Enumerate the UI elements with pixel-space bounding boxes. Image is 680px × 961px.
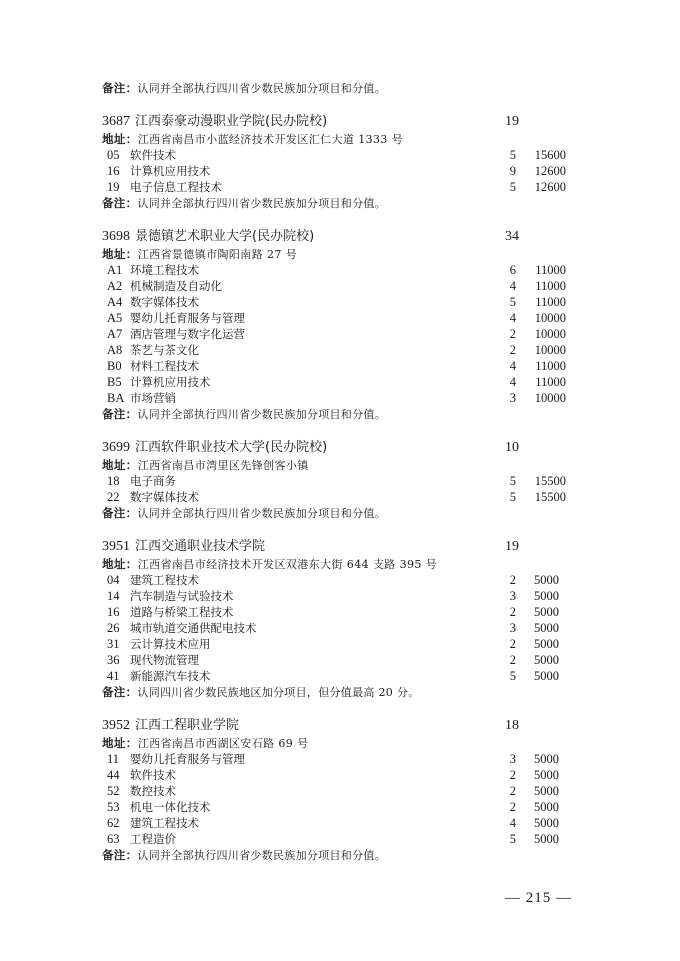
major-fee: 5000 — [522, 620, 559, 636]
major-seats: 5 — [506, 294, 516, 310]
major-fee: 11000 — [522, 262, 566, 278]
school-name: 江西软件职业技术大学(民办院校) — [135, 440, 327, 455]
major-fee: 11000 — [522, 278, 566, 294]
major-seats: 5 — [506, 668, 516, 684]
major-seats: 5 — [506, 179, 516, 195]
major-code: B0 — [107, 358, 122, 374]
major-name: 云计算技术应用 — [130, 636, 211, 652]
school-code: 3951 — [102, 539, 130, 554]
major-name: 建筑工程技术 — [130, 572, 199, 588]
address-label: 地址： — [102, 557, 138, 571]
major-fee: 5000 — [522, 636, 559, 652]
major-seats: 5 — [506, 831, 516, 847]
note-text: 认同并全部执行四川省少数民族加分项目和分值。 — [137, 507, 386, 520]
note-text: 认同并全部执行四川省少数民族加分项目和分值。 — [137, 408, 386, 421]
school-address: 地址：江西省南昌市小蓝经济技术开发区汇仁大道 1333 号 — [102, 131, 572, 147]
major-seats: 5 — [506, 473, 516, 489]
major-fee: 5000 — [522, 831, 559, 847]
major-row: 19电子信息工程技术512600 — [102, 179, 572, 195]
school-note: 备注：认同四川省少数民族地区加分项目，但分值最高 20 分。 — [102, 684, 572, 700]
school-note: 备注：认同并全部执行四川省少数民族加分项目和分值。 — [102, 195, 572, 211]
major-row: 11婴幼儿托育服务与管理35000 — [102, 751, 572, 767]
major-row: 05软件技术515600 — [102, 147, 572, 163]
major-seats: 4 — [506, 278, 516, 294]
major-seats: 5 — [506, 147, 516, 163]
major-name: 软件技术 — [130, 147, 176, 163]
school-address: 地址：江西省南昌市西湖区安石路 69 号 — [102, 735, 572, 751]
school-code: 3699 — [102, 440, 130, 455]
major-row: B0材料工程技术411000 — [102, 358, 572, 374]
major-seats: 6 — [506, 262, 516, 278]
major-fee: 5000 — [522, 783, 559, 799]
major-code: 63 — [107, 831, 120, 847]
major-fee: 15600 — [522, 147, 566, 163]
note-text: 认同并全部执行四川省少数民族加分项目和分值。 — [137, 849, 386, 862]
major-row: 63工程造价55000 — [102, 831, 572, 847]
note-text: 认同并全部执行四川省少数民族加分项目和分值。 — [137, 82, 386, 95]
major-seats: 4 — [506, 310, 516, 326]
major-fee: 5000 — [522, 799, 559, 815]
school-code: 3698 — [102, 229, 130, 244]
major-fee: 5000 — [522, 815, 559, 831]
major-code: A2 — [107, 278, 122, 294]
note-label: 备注： — [102, 81, 137, 95]
major-name: 计算机应用技术 — [130, 163, 211, 179]
school-name: 江西泰豪动漫职业学院(民办院校) — [135, 114, 327, 129]
major-name: 市场营销 — [130, 390, 176, 406]
major-fee: 5000 — [522, 751, 559, 767]
major-name: 道路与桥梁工程技术 — [130, 604, 234, 620]
major-seats: 4 — [506, 358, 516, 374]
major-seats: 2 — [506, 326, 516, 342]
address-text: 江西省南昌市经济技术开发区双港东大街 644 支路 395 号 — [138, 558, 437, 571]
major-row: A2机械制造及自动化411000 — [102, 278, 572, 294]
major-name: 机电一体化技术 — [130, 799, 211, 815]
school-total-seats: 10 — [505, 438, 519, 457]
major-fee: 10000 — [522, 390, 566, 406]
major-name: 电子信息工程技术 — [130, 179, 222, 195]
major-code: 62 — [107, 815, 120, 831]
major-name: 数字媒体技术 — [130, 489, 199, 505]
major-code: 44 — [107, 767, 120, 783]
school-entry: 3699江西软件职业技术大学(民办院校) 10 地址：江西省南昌市湾里区先锋创客… — [102, 438, 572, 521]
major-row: 16道路与桥梁工程技术25000 — [102, 604, 572, 620]
major-row: A7酒店管理与数字化运营210000 — [102, 326, 572, 342]
major-code: 36 — [107, 652, 120, 668]
major-name: 婴幼儿托育服务与管理 — [130, 310, 245, 326]
major-name: 婴幼儿托育服务与管理 — [130, 751, 245, 767]
note-label: 备注： — [102, 685, 137, 699]
major-row: 04建筑工程技术25000 — [102, 572, 572, 588]
major-fee: 10000 — [522, 310, 566, 326]
address-label: 地址： — [102, 132, 138, 146]
school-name: 江西工程职业学院 — [135, 718, 239, 733]
major-row: 26城市轨道交通供配电技术35000 — [102, 620, 572, 636]
major-code: 11 — [107, 751, 119, 767]
major-row: 53机电一体化技术25000 — [102, 799, 572, 815]
major-code: BA — [107, 390, 124, 406]
major-fee: 5000 — [522, 588, 559, 604]
school-entry: 3687江西泰豪动漫职业学院(民办院校) 19 地址：江西省南昌市小蓝经济技术开… — [102, 112, 572, 211]
major-row: B5计算机应用技术411000 — [102, 374, 572, 390]
major-row: A5婴幼儿托育服务与管理410000 — [102, 310, 572, 326]
major-fee: 11000 — [522, 358, 566, 374]
major-seats: 3 — [506, 751, 516, 767]
major-code: 16 — [107, 604, 120, 620]
major-code: 19 — [107, 179, 120, 195]
major-row: 62建筑工程技术45000 — [102, 815, 572, 831]
major-seats: 2 — [506, 767, 516, 783]
major-fee: 5000 — [522, 652, 559, 668]
major-seats: 5 — [506, 489, 516, 505]
major-fee: 12600 — [522, 179, 566, 195]
major-seats: 3 — [506, 390, 516, 406]
major-seats: 4 — [506, 374, 516, 390]
major-name: 机械制造及自动化 — [130, 278, 222, 294]
school-code: 3687 — [102, 114, 130, 129]
major-code: 53 — [107, 799, 120, 815]
major-name: 城市轨道交通供配电技术 — [130, 620, 257, 636]
major-code: A1 — [107, 262, 122, 278]
school-header: 3698景德镇艺术职业大学(民办院校) 34 — [102, 227, 572, 246]
school-address: 地址：江西省南昌市经济技术开发区双港东大街 644 支路 395 号 — [102, 556, 572, 572]
major-fee: 12600 — [522, 163, 566, 179]
major-name: 现代物流管理 — [130, 652, 199, 668]
note-text: 认同四川省少数民族地区加分项目，但分值最高 20 分。 — [137, 686, 419, 699]
major-name: 建筑工程技术 — [130, 815, 199, 831]
note-text: 认同并全部执行四川省少数民族加分项目和分值。 — [137, 197, 386, 210]
school-total-seats: 19 — [505, 537, 519, 556]
major-code: 18 — [107, 473, 120, 489]
major-row: BA市场营销310000 — [102, 390, 572, 406]
page-number: — 215 — — [505, 890, 572, 907]
major-name: 新能源汽车技术 — [130, 668, 211, 684]
school-note: 备注：认同并全部执行四川省少数民族加分项目和分值。 — [102, 406, 572, 422]
address-label: 地址： — [102, 458, 138, 472]
major-name: 茶艺与茶文化 — [130, 342, 199, 358]
major-code: 22 — [107, 489, 120, 505]
school-name: 景德镇艺术职业大学(民办院校) — [135, 229, 314, 244]
major-seats: 2 — [506, 342, 516, 358]
major-code: 52 — [107, 783, 120, 799]
major-row: 14汽车制造与试验技术35000 — [102, 588, 572, 604]
major-code: A7 — [107, 326, 122, 342]
major-fee: 10000 — [522, 326, 566, 342]
major-row: 31云计算技术应用25000 — [102, 636, 572, 652]
major-name: 酒店管理与数字化运营 — [130, 326, 245, 342]
school-header: 3952江西工程职业学院 18 — [102, 716, 572, 735]
major-seats: 3 — [506, 588, 516, 604]
major-fee: 5000 — [522, 604, 559, 620]
major-code: 14 — [107, 588, 120, 604]
address-text: 江西省南昌市小蓝经济技术开发区汇仁大道 1333 号 — [138, 133, 403, 146]
major-code: 31 — [107, 636, 120, 652]
major-name: 软件技术 — [130, 767, 176, 783]
major-code: 05 — [107, 147, 120, 163]
school-header: 3951江西交通职业技术学院 19 — [102, 537, 572, 556]
major-row: 52数控技术25000 — [102, 783, 572, 799]
major-seats: 4 — [506, 815, 516, 831]
address-text: 江西省景德镇市陶阳南路 27 号 — [138, 248, 297, 261]
major-fee: 11000 — [522, 294, 566, 310]
school-entry: 3698景德镇艺术职业大学(民办院校) 34 地址：江西省景德镇市陶阳南路 27… — [102, 227, 572, 422]
major-seats: 9 — [506, 163, 516, 179]
address-text: 江西省南昌市湾里区先锋创客小镇 — [138, 459, 309, 472]
note-label: 备注： — [102, 848, 137, 862]
major-name: 电子商务 — [130, 473, 176, 489]
school-address: 地址：江西省南昌市湾里区先锋创客小镇 — [102, 457, 572, 473]
document-page: 备注：认同并全部执行四川省少数民族加分项目和分值。 3687江西泰豪动漫职业学院… — [102, 80, 572, 863]
school-total-seats: 18 — [505, 716, 519, 735]
major-seats: 2 — [506, 636, 516, 652]
note-label: 备注： — [102, 407, 137, 421]
major-seats: 2 — [506, 783, 516, 799]
major-row: 36现代物流管理25000 — [102, 652, 572, 668]
major-code: 16 — [107, 163, 120, 179]
school-address: 地址：江西省景德镇市陶阳南路 27 号 — [102, 246, 572, 262]
school-total-seats: 19 — [505, 112, 519, 131]
major-fee: 11000 — [522, 374, 566, 390]
school-name: 江西交通职业技术学院 — [135, 539, 265, 554]
major-seats: 2 — [506, 652, 516, 668]
major-code: A8 — [107, 342, 122, 358]
major-row: A4数字媒体技术511000 — [102, 294, 572, 310]
school-code: 3952 — [102, 718, 130, 733]
school-entry: 3952江西工程职业学院 18 地址：江西省南昌市西湖区安石路 69 号 11婴… — [102, 716, 572, 863]
major-row: 18电子商务515500 — [102, 473, 572, 489]
major-fee: 5000 — [522, 767, 559, 783]
address-text: 江西省南昌市西湖区安石路 69 号 — [138, 737, 309, 750]
major-name: 材料工程技术 — [130, 358, 199, 374]
major-name: 计算机应用技术 — [130, 374, 211, 390]
school-note: 备注：认同并全部执行四川省少数民族加分项目和分值。 — [102, 505, 572, 521]
address-label: 地址： — [102, 736, 138, 750]
school-header: 3699江西软件职业技术大学(民办院校) 10 — [102, 438, 572, 457]
major-row: 41新能源汽车技术55000 — [102, 668, 572, 684]
major-seats: 2 — [506, 604, 516, 620]
school-total-seats: 34 — [505, 227, 519, 246]
school-note: 备注：认同并全部执行四川省少数民族加分项目和分值。 — [102, 847, 572, 863]
major-seats: 2 — [506, 572, 516, 588]
major-fee: 5000 — [522, 668, 559, 684]
major-fee: 10000 — [522, 342, 566, 358]
major-row: A1环境工程技术611000 — [102, 262, 572, 278]
note-label: 备注： — [102, 506, 137, 520]
major-code: A5 — [107, 310, 122, 326]
top-note: 备注：认同并全部执行四川省少数民族加分项目和分值。 — [102, 80, 572, 96]
school-entry: 3951江西交通职业技术学院 19 地址：江西省南昌市经济技术开发区双港东大街 … — [102, 537, 572, 700]
major-fee: 15500 — [522, 473, 566, 489]
major-code: B5 — [107, 374, 122, 390]
major-seats: 2 — [506, 799, 516, 815]
major-name: 工程造价 — [130, 831, 176, 847]
major-row: A8茶艺与茶文化210000 — [102, 342, 572, 358]
major-code: 26 — [107, 620, 120, 636]
major-row: 22数字媒体技术515500 — [102, 489, 572, 505]
address-label: 地址： — [102, 247, 138, 261]
school-header: 3687江西泰豪动漫职业学院(民办院校) 19 — [102, 112, 572, 131]
major-name: 数控技术 — [130, 783, 176, 799]
major-seats: 3 — [506, 620, 516, 636]
major-row: 16计算机应用技术912600 — [102, 163, 572, 179]
major-name: 环境工程技术 — [130, 262, 199, 278]
major-code: A4 — [107, 294, 122, 310]
major-name: 数字媒体技术 — [130, 294, 199, 310]
major-row: 44软件技术25000 — [102, 767, 572, 783]
major-code: 04 — [107, 572, 120, 588]
major-code: 41 — [107, 668, 120, 684]
major-fee: 5000 — [522, 572, 559, 588]
note-label: 备注： — [102, 196, 137, 210]
major-name: 汽车制造与试验技术 — [130, 588, 234, 604]
major-fee: 15500 — [522, 489, 566, 505]
